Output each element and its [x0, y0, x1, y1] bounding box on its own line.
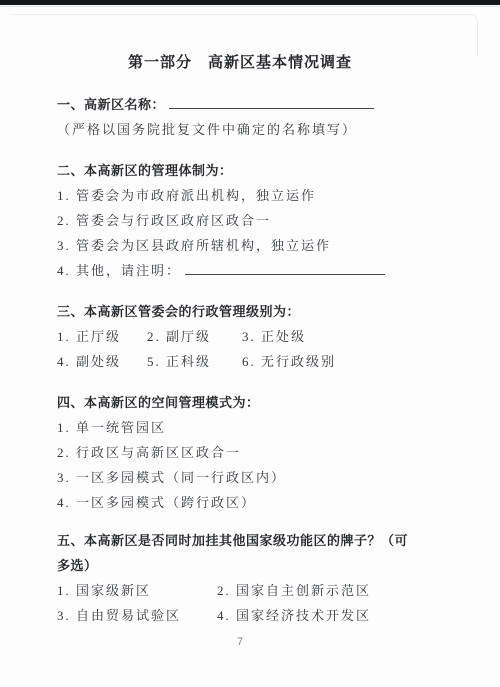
- question-4-option-1: 1. 单一统管园区: [57, 415, 457, 440]
- question-2-option-3: 3. 管委会为区县政府所辖机构，独立运作: [57, 233, 457, 258]
- question-2-header: 二、本高新区的管理体制为：: [57, 158, 457, 183]
- page-number: 7: [0, 636, 480, 648]
- question-3-option-4: 4. 副处级: [57, 349, 147, 374]
- question-3-row-2: 4. 副处级5. 正科级6. 无行政级别: [57, 349, 457, 374]
- question-5-row-2: 3. 自由贸易试验区4. 国家经济技术开发区: [57, 603, 457, 628]
- question-1: 一、高新区名称：: [57, 92, 457, 117]
- question-2-option-2: 2. 管委会与行政区政府区政合一: [57, 208, 457, 233]
- question-1-note: （严格以国务院批复文件中确定的名称填写）: [57, 117, 457, 142]
- question-3-option-2: 2. 副厅级: [147, 324, 242, 349]
- question-3-option-6: 6. 无行政级别: [242, 354, 336, 369]
- question-2-option-4: 4. 其他，请注明：: [57, 258, 457, 283]
- question-2-option-1: 1. 管委会为市政府派出机构，独立运作: [57, 183, 457, 208]
- question-3-option-5: 5. 正科级: [147, 349, 242, 374]
- question-4-header: 四、本高新区的空间管理模式为：: [57, 390, 457, 415]
- question-4-option-3: 3. 一区多园模式（同一行政区内）: [57, 465, 457, 490]
- question-4-option-2: 2. 行政区与高新区区政合一: [57, 440, 457, 465]
- question-2-option-4-label: 4. 其他，请注明：: [57, 263, 181, 278]
- question-3-header: 三、本高新区管委会的行政管理级别为：: [57, 299, 457, 324]
- question-2-other-blank-line: [185, 263, 385, 275]
- question-1-blank-line: [169, 97, 374, 109]
- question-3-option-3: 3. 正处级: [242, 329, 306, 344]
- question-3-option-1: 1. 正厅级: [57, 324, 147, 349]
- question-5-option-3: 3. 自由贸易试验区: [57, 603, 217, 628]
- question-5-option-4: 4. 国家经济技术开发区: [217, 608, 371, 623]
- question-3-row-1: 1. 正厅级2. 副厅级3. 正处级: [57, 324, 457, 349]
- question-5-header-line-2: 多选）: [57, 553, 457, 578]
- section-title: 第一部分 高新区基本情况调查: [57, 52, 423, 74]
- question-5-row-1: 1. 国家级新区2. 国家自主创新示范区: [57, 578, 457, 603]
- question-5-option-1: 1. 国家级新区: [57, 578, 217, 603]
- question-5-option-2: 2. 国家自主创新示范区: [217, 583, 371, 598]
- question-1-label: 一、高新区名称：: [57, 97, 165, 112]
- scanned-questionnaire-page: 第一部分 高新区基本情况调查 一、高新区名称： （严格以国务院批复文件中确定的名…: [0, 0, 500, 687]
- question-5-header-line-1: 五、本高新区是否同时加挂其他国家级功能区的牌子？（可: [57, 528, 457, 553]
- question-4-option-4: 4. 一区多园模式（跨行政区）: [57, 490, 457, 515]
- page-content: 第一部分 高新区基本情况调查 一、高新区名称： （严格以国务院批复文件中确定的名…: [0, 0, 457, 628]
